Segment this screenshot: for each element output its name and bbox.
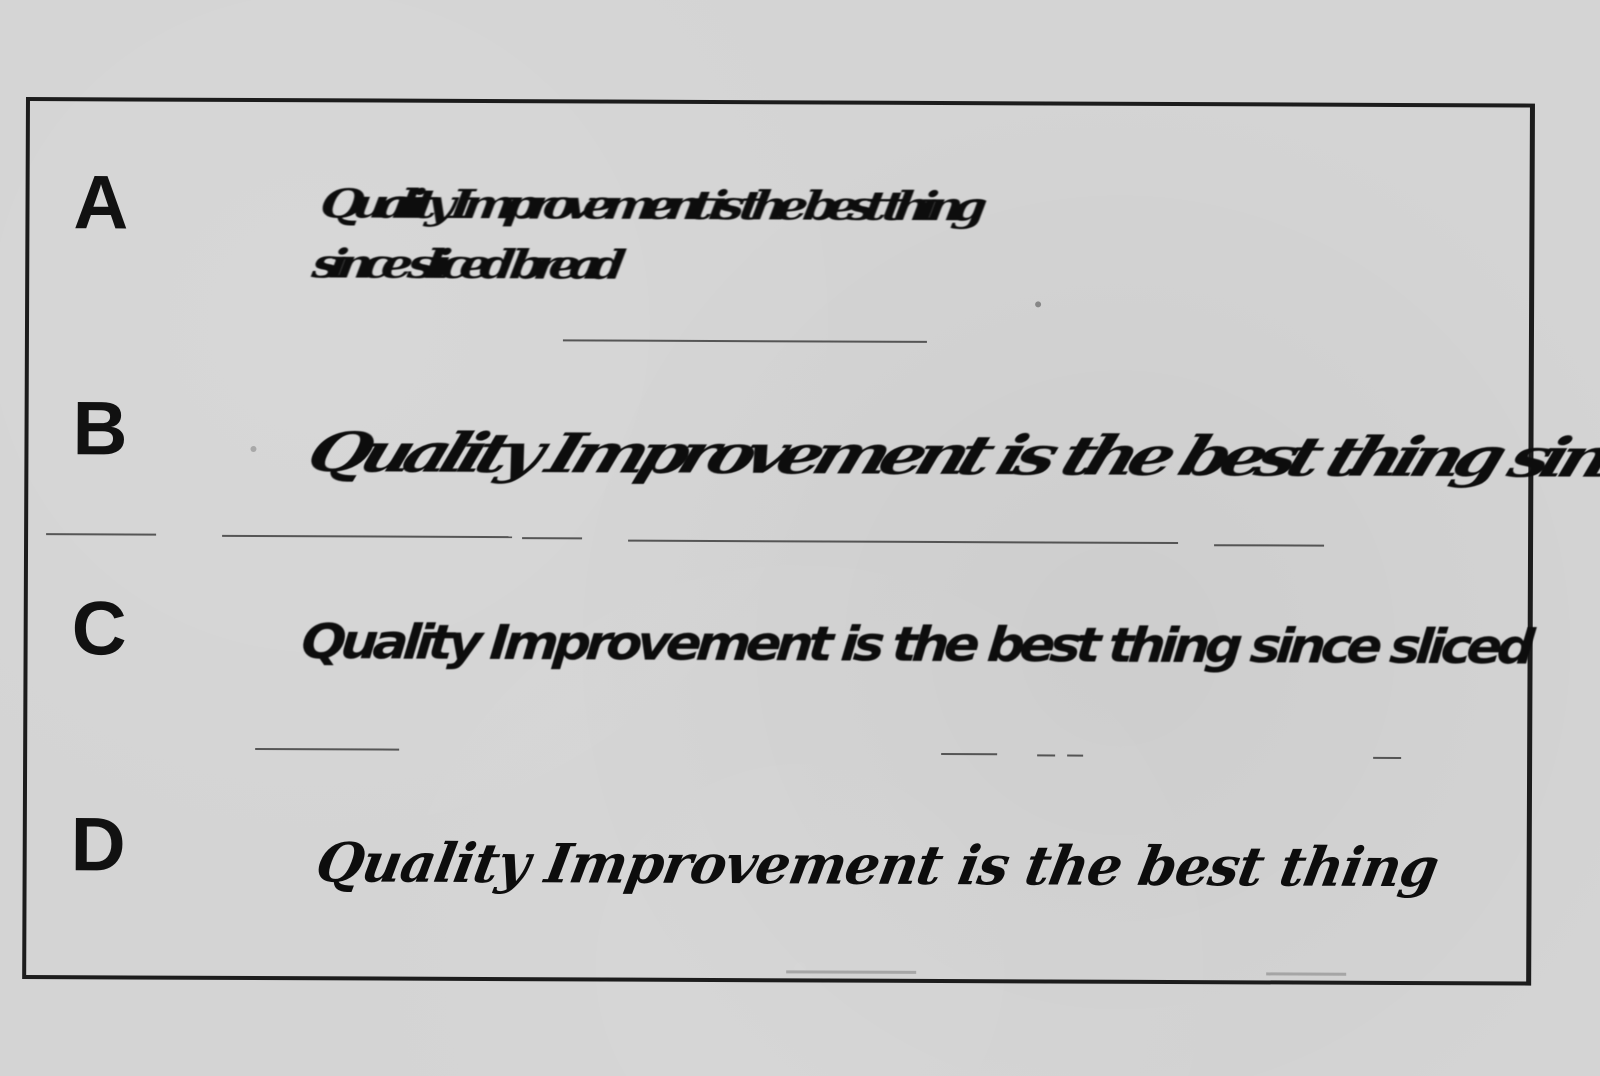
- sample-label-a: A: [73, 165, 128, 241]
- scan-artifact: [1266, 972, 1346, 975]
- handwriting-samples-figure: A Quality Improvement is the best thing …: [22, 97, 1535, 986]
- sample-row-a: A Quality Improvement is the best thing …: [29, 101, 1530, 348]
- ink-fleck: [250, 446, 256, 452]
- handwriting-sample-a: Quality Improvement is the best thing si…: [308, 174, 980, 297]
- ink-fleck: [1035, 301, 1041, 307]
- handwriting-sample-d: Quality Improvement is the best thing: [311, 830, 1443, 899]
- sample-a-line-2: since sliced bread: [308, 234, 972, 297]
- sample-a-line-1: Quality Improvement is the best thing: [317, 180, 979, 230]
- sample-label-d: D: [71, 807, 126, 883]
- handwriting-sample-c: Quality Improvement is the best thing si…: [299, 614, 1531, 675]
- scan-artifact: [786, 970, 916, 974]
- sample-label-b: B: [72, 391, 127, 467]
- sample-label-c: C: [72, 591, 127, 667]
- separator-rule-b-3: [522, 537, 582, 539]
- handwriting-sample-b: Quality Improvement is the best thing si…: [299, 420, 1600, 490]
